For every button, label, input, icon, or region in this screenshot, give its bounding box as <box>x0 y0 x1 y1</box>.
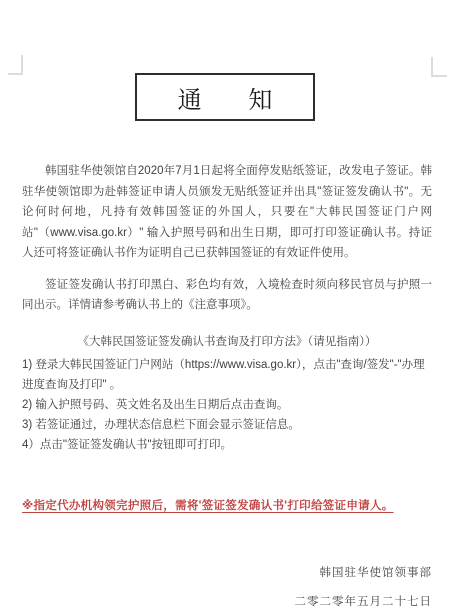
signature-date: 二零二零年五月二十七日 <box>22 592 432 609</box>
notice-title-box: 通 知 <box>135 73 315 121</box>
steps-list: 1) 登录大韩民国签证门户网站（https://www.visa.go.kr），… <box>22 355 432 455</box>
signature-block: 韩国驻华使馆领事部 二零二零年五月二十七日 <box>22 563 432 609</box>
paragraph-print-validity: 签证签发确认书打印黑白、彩色均有效，入境检查时须向移民官员与护照一同出示。详情请… <box>22 275 432 316</box>
paragraph-intro: 韩国驻华使领馆自2020年7月1日起将全面停发贴纸签证，改发电子签证。韩驻华使领… <box>22 161 432 264</box>
agency-red-note: ※指定代办机构领完护照后，需将'签证签发确认书'打印给签证申请人。 <box>22 496 432 517</box>
title-box-wrapper: 通 知 <box>0 0 450 121</box>
notice-document: 通 知 韩国驻华使领馆自2020年7月1日起将全面停发贴纸签证，改发电子签证。韩… <box>0 0 450 609</box>
step-3: 3) 若签证通过，办理状态信息栏下面会显示签证信息。 <box>22 415 432 435</box>
step-1: 1) 登录大韩民国签证门户网站（https://www.visa.go.kr），… <box>22 355 432 395</box>
margin-crop-mark-top-right <box>431 57 447 77</box>
margin-crop-mark-top-left <box>8 55 23 75</box>
notice-body: 韩国驻华使领馆自2020年7月1日起将全面停发贴纸签证，改发电子签证。韩驻华使领… <box>0 121 450 609</box>
step-4: 4）点击"签证签发确认书"按钮即可打印。 <box>22 435 432 455</box>
guide-heading: 《大韩民国签证签发确认书查询及打印方法》（请见指南）） <box>22 332 432 353</box>
signature-org: 韩国驻华使馆领事部 <box>22 563 432 584</box>
step-2: 2) 输入护照号码、英文姓名及出生日期后点击查询。 <box>22 395 432 415</box>
notice-title: 通 知 <box>178 80 293 115</box>
